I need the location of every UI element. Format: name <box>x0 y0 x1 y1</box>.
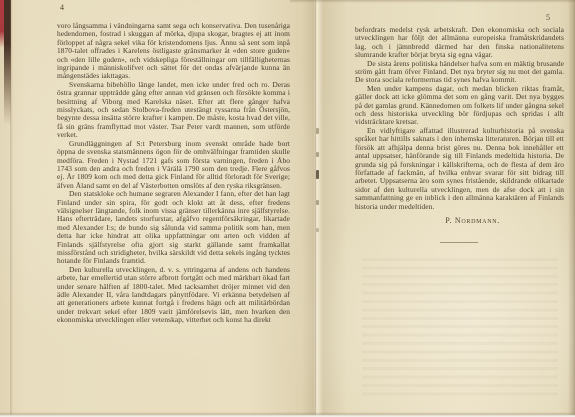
right-page-text-column: befordrats medelst rysk arbetskraft. Den… <box>355 26 564 243</box>
paragraph: befordrats medelst rysk arbetskraft. Den… <box>355 26 564 60</box>
paragraph: Grundläggningen af S:t Petersburg inom s… <box>57 140 290 190</box>
right-page-edge-shadow <box>568 0 575 417</box>
paragraph: voro långsamma i vändningarna samt sega … <box>57 22 290 81</box>
paragraph: Men under kampens dagar, och medan blick… <box>355 85 564 127</box>
binding-stitch <box>316 128 319 134</box>
paragraph: Den kulturella utvecklingen, d. v. s. yt… <box>57 266 290 325</box>
paragraph: En vidlyftigare affattad illustrerad kul… <box>355 127 564 211</box>
binding-stitch <box>316 200 319 205</box>
show-through-ghost-text <box>362 258 558 398</box>
binding-stitch <box>316 170 319 179</box>
right-page-number: 5 <box>546 13 550 22</box>
binding-gutter-crease <box>315 0 316 417</box>
paragraph: De sista årens politiska händelser hafva… <box>355 60 564 85</box>
bottom-page-edge <box>0 412 575 417</box>
left-page-number: 4 <box>60 3 64 12</box>
right-page-top-shadow <box>290 0 575 3</box>
left-page-text-column: voro långsamma i vändningarna samt sega … <box>57 22 290 368</box>
open-book-scan: 4 voro långsamma i vändningarna samt seg… <box>0 0 575 417</box>
binding-stitch <box>316 228 319 232</box>
end-of-preface-rule <box>440 242 478 243</box>
author-signature: P. Nordmann. <box>355 217 564 225</box>
binding-stitch <box>316 152 319 157</box>
paragraph: Svenskarna bibehöllo länge landet, men i… <box>57 81 290 140</box>
paragraph: Den statskloke och humane segraren Alexa… <box>57 190 290 266</box>
left-page-edge-shadow <box>10 0 13 417</box>
